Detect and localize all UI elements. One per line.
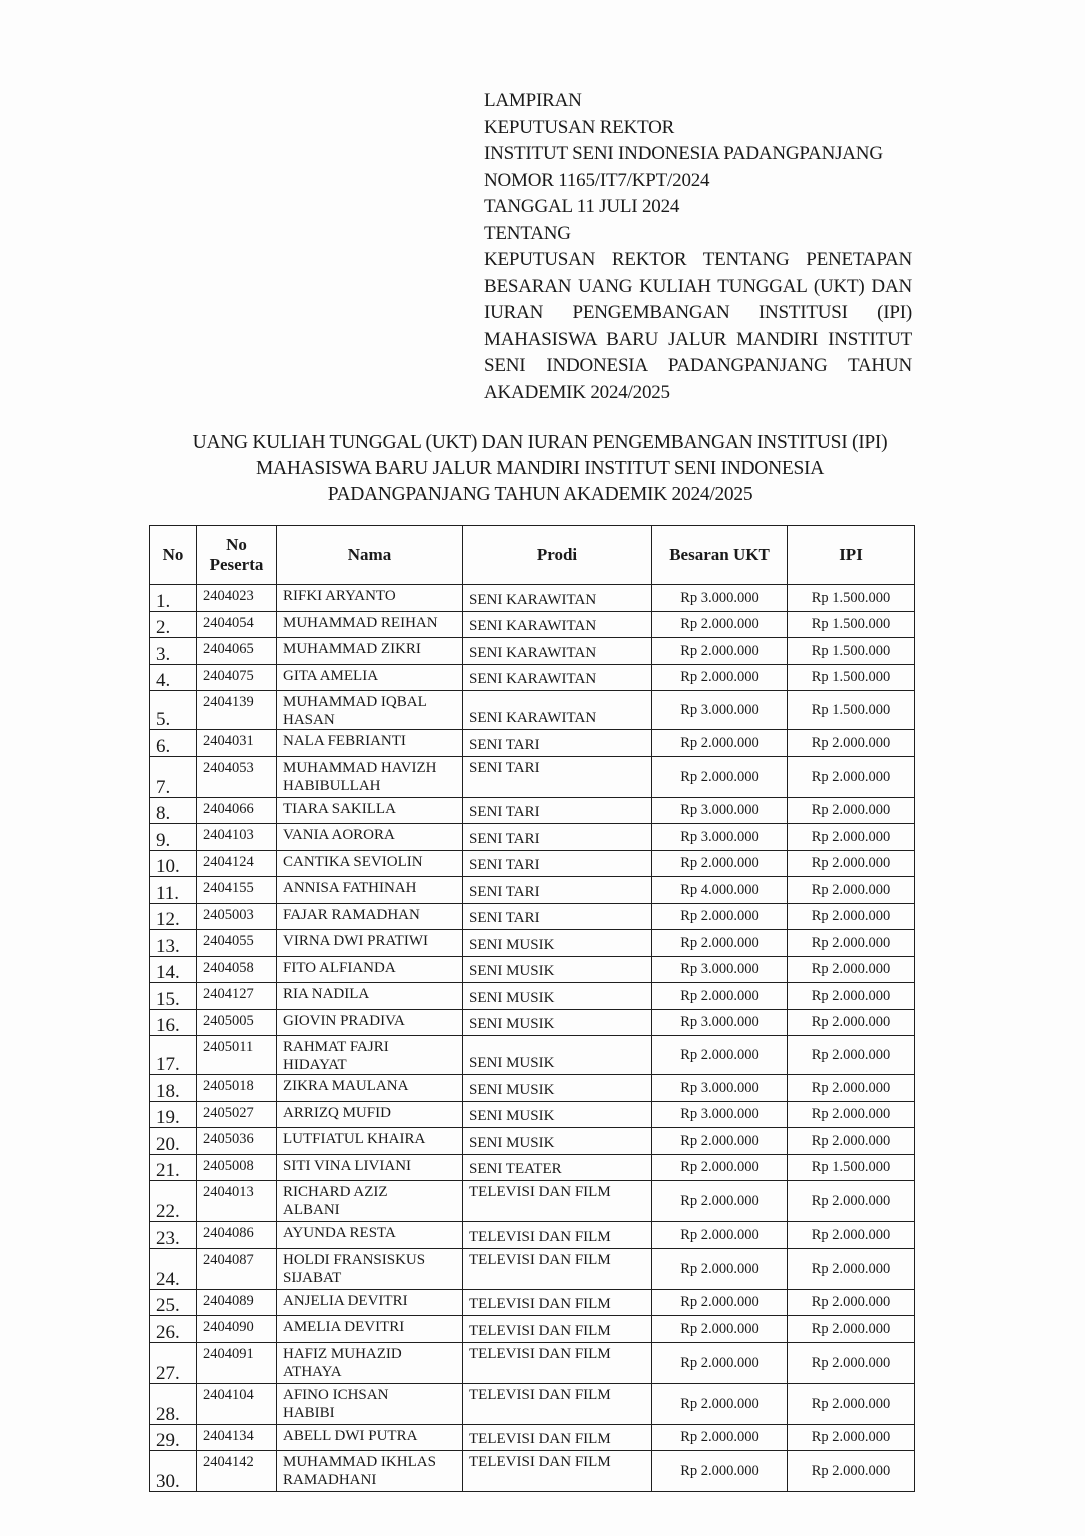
participant-number: 2405005 xyxy=(197,1009,277,1036)
student-name: MUHAMMAD REIHAN xyxy=(277,611,463,638)
table-row: 17.2405011RAHMAT FAJRIHIDAYATSENI MUSIKR… xyxy=(150,1036,915,1075)
ukt-amount: Rp 2.000.000 xyxy=(652,611,788,638)
participant-number: 2404124 xyxy=(197,850,277,877)
decree-label: KEPUTUSAN REKTOR xyxy=(484,115,912,142)
table-row: 23.2404086AYUNDA RESTATELEVISI DAN FILMR… xyxy=(150,1222,915,1249)
student-name-line: HASAN xyxy=(283,711,456,729)
table-row: 1.2404023RIFKI ARYANTOSENI KARAWITANRp 3… xyxy=(150,585,915,612)
student-name-line: LUTFIATUL KHAIRA xyxy=(283,1130,456,1148)
participant-number: 2404104 xyxy=(197,1383,277,1424)
student-name: VANIA AORORA xyxy=(277,824,463,851)
table-row: 13.2404055VIRNA DWI PRATIWISENI MUSIKRp … xyxy=(150,930,915,957)
row-number: 15. xyxy=(150,983,197,1010)
student-name-line: HABIBI xyxy=(283,1404,456,1422)
study-program: SENI TARI xyxy=(463,903,652,930)
row-number: 13. xyxy=(150,930,197,957)
student-name-line: GITA AMELIA xyxy=(283,667,456,685)
student-name-line: ALBANI xyxy=(283,1201,456,1219)
ukt-amount: Rp 2.000.000 xyxy=(652,1316,788,1343)
student-name: SITI VINA LIVIANI xyxy=(277,1154,463,1181)
ukt-amount: Rp 3.000.000 xyxy=(652,824,788,851)
student-name-line: RAHMAT FAJRI xyxy=(283,1038,456,1056)
row-number: 1. xyxy=(150,585,197,612)
lampiran-header: LAMPIRAN KEPUTUSAN REKTOR INSTITUT SENI … xyxy=(484,88,912,406)
participant-number: 2405011 xyxy=(197,1036,277,1075)
ukt-amount: Rp 2.000.000 xyxy=(652,1451,788,1492)
student-name-line: SITI VINA LIVIANI xyxy=(283,1157,456,1175)
ipi-amount: Rp 1.500.000 xyxy=(788,664,915,691)
ukt-amount: Rp 2.000.000 xyxy=(652,756,788,797)
participant-number: 2404055 xyxy=(197,930,277,957)
ukt-amount: Rp 2.000.000 xyxy=(652,638,788,665)
ukt-amount: Rp 2.000.000 xyxy=(652,1036,788,1075)
student-name: FAJAR RAMADHAN xyxy=(277,903,463,930)
row-number: 28. xyxy=(150,1383,197,1424)
study-program: SENI MUSIK xyxy=(463,1009,652,1036)
participant-number: 2404066 xyxy=(197,797,277,824)
student-name: ANNISA FATHINAH xyxy=(277,877,463,904)
table-row: 10.2404124CANTIKA SEVIOLINSENI TARIRp 2.… xyxy=(150,850,915,877)
student-name-line: ZIKRA MAULANA xyxy=(283,1077,456,1095)
study-program: SENI MUSIK xyxy=(463,1128,652,1155)
ipi-amount: Rp 2.000.000 xyxy=(788,730,915,757)
tentang-label: TENTANG xyxy=(484,221,912,248)
ukt-amount: Rp 2.000.000 xyxy=(652,930,788,957)
student-name-line: HIDAYAT xyxy=(283,1056,456,1074)
participant-number: 2405008 xyxy=(197,1154,277,1181)
row-number: 24. xyxy=(150,1248,197,1289)
table-row: 25.2404089ANJELIA DEVITRITELEVISI DAN FI… xyxy=(150,1289,915,1316)
table-row: 28.2404104AFINO ICHSANHABIBITELEVISI DAN… xyxy=(150,1383,915,1424)
participant-number: 2404090 xyxy=(197,1316,277,1343)
student-name: AYUNDA RESTA xyxy=(277,1222,463,1249)
student-name: MUHAMMAD IQBALHASAN xyxy=(277,691,463,730)
student-name: RIFKI ARYANTO xyxy=(277,585,463,612)
decree-subject-line: IURAN PENGEMBANGAN INSTITUSI (IPI) xyxy=(484,300,912,327)
table-row: 21.2405008SITI VINA LIVIANISENI TEATERRp… xyxy=(150,1154,915,1181)
ukt-amount: Rp 3.000.000 xyxy=(652,956,788,983)
participant-number: 2404155 xyxy=(197,877,277,904)
decree-subject-line: BESARAN UANG KULIAH TUNGGAL (UKT) DAN xyxy=(484,274,912,301)
ipi-amount: Rp 1.500.000 xyxy=(788,638,915,665)
row-number: 29. xyxy=(150,1424,197,1451)
decree-date: TANGGAL 11 JULI 2024 xyxy=(484,194,912,221)
row-number: 19. xyxy=(150,1101,197,1128)
row-number: 14. xyxy=(150,956,197,983)
table-header-row: No No Peserta Nama Prodi Besaran UKT IPI xyxy=(150,526,915,585)
student-name: MUHAMMAD HAVIZHHABIBULLAH xyxy=(277,756,463,797)
ukt-amount: Rp 3.000.000 xyxy=(652,1009,788,1036)
ipi-amount: Rp 2.000.000 xyxy=(788,1248,915,1289)
student-name-line: VIRNA DWI PRATIWI xyxy=(283,932,456,950)
ipi-amount: Rp 2.000.000 xyxy=(788,1009,915,1036)
student-name: RAHMAT FAJRIHIDAYAT xyxy=(277,1036,463,1075)
row-number: 18. xyxy=(150,1075,197,1102)
header-no-peserta-line: Peserta xyxy=(203,555,270,575)
table-row: 16.2405005GIOVIN PRADIVASENI MUSIKRp 3.0… xyxy=(150,1009,915,1036)
table-row: 6.2404031NALA FEBRIANTISENI TARIRp 2.000… xyxy=(150,730,915,757)
fees-table: No No Peserta Nama Prodi Besaran UKT IPI… xyxy=(149,525,915,1492)
student-name-line: MUHAMMAD IKHLAS xyxy=(283,1453,456,1471)
table-row: 12.2405003FAJAR RAMADHANSENI TARIRp 2.00… xyxy=(150,903,915,930)
student-name-line: ABELL DWI PUTRA xyxy=(283,1427,456,1445)
student-name-line: ATHAYA xyxy=(283,1363,456,1381)
row-number: 10. xyxy=(150,850,197,877)
ukt-amount: Rp 2.000.000 xyxy=(652,1181,788,1222)
participant-number: 2404091 xyxy=(197,1342,277,1383)
study-program: TELEVISI DAN FILM xyxy=(463,1342,652,1383)
row-number: 25. xyxy=(150,1289,197,1316)
ipi-amount: Rp 2.000.000 xyxy=(788,903,915,930)
student-name-line: MUHAMMAD IQBAL xyxy=(283,693,456,711)
decree-number: NOMOR 1165/IT7/KPT/2024 xyxy=(484,168,912,195)
ipi-amount: Rp 2.000.000 xyxy=(788,877,915,904)
student-name-line: RIA NADILA xyxy=(283,985,456,1003)
lampiran-label: LAMPIRAN xyxy=(484,88,912,115)
ukt-amount: Rp 3.000.000 xyxy=(652,585,788,612)
student-name: MUHAMMAD ZIKRI xyxy=(277,638,463,665)
student-name-line: HABIBULLAH xyxy=(283,777,456,795)
participant-number: 2404142 xyxy=(197,1451,277,1492)
row-number: 4. xyxy=(150,664,197,691)
ipi-amount: Rp 2.000.000 xyxy=(788,956,915,983)
row-number: 8. xyxy=(150,797,197,824)
row-number: 21. xyxy=(150,1154,197,1181)
ipi-amount: Rp 2.000.000 xyxy=(788,1128,915,1155)
study-program: SENI MUSIK xyxy=(463,983,652,1010)
student-name: RIA NADILA xyxy=(277,983,463,1010)
table-row: 2.2404054MUHAMMAD REIHANSENI KARAWITANRp… xyxy=(150,611,915,638)
study-program: TELEVISI DAN FILM xyxy=(463,1248,652,1289)
student-name: LUTFIATUL KHAIRA xyxy=(277,1128,463,1155)
study-program: TELEVISI DAN FILM xyxy=(463,1181,652,1222)
participant-number: 2404127 xyxy=(197,983,277,1010)
institution-name: INSTITUT SENI INDONESIA PADANGPANJANG xyxy=(484,141,912,168)
student-name-line: AYUNDA RESTA xyxy=(283,1224,456,1242)
student-name: AMELIA DEVITRI xyxy=(277,1316,463,1343)
ukt-amount: Rp 2.000.000 xyxy=(652,1383,788,1424)
header-no-peserta-line: No xyxy=(203,535,270,555)
study-program: SENI KARAWITAN xyxy=(463,664,652,691)
table-row: 5.2404139MUHAMMAD IQBALHASANSENI KARAWIT… xyxy=(150,691,915,730)
header-no-peserta: No Peserta xyxy=(197,526,277,585)
table-row: 22.2404013RICHARD AZIZALBANITELEVISI DAN… xyxy=(150,1181,915,1222)
student-name-line: AFINO ICHSAN xyxy=(283,1386,456,1404)
participant-number: 2404023 xyxy=(197,585,277,612)
study-program: SENI TARI xyxy=(463,824,652,851)
ipi-amount: Rp 2.000.000 xyxy=(788,983,915,1010)
title-line: PADANGPANJANG TAHUN AKADEMIK 2024/2025 xyxy=(150,482,930,508)
study-program: SENI MUSIK xyxy=(463,930,652,957)
participant-number: 2404139 xyxy=(197,691,277,730)
table-row: 19.2405027ARRIZQ MUFIDSENI MUSIKRp 3.000… xyxy=(150,1101,915,1128)
table-row: 30.2404142MUHAMMAD IKHLASRAMADHANITELEVI… xyxy=(150,1451,915,1492)
study-program: SENI MUSIK xyxy=(463,1036,652,1075)
participant-number: 2404087 xyxy=(197,1248,277,1289)
table-body: 1.2404023RIFKI ARYANTOSENI KARAWITANRp 3… xyxy=(150,585,915,1492)
student-name: ARRIZQ MUFID xyxy=(277,1101,463,1128)
ukt-amount: Rp 2.000.000 xyxy=(652,983,788,1010)
student-name: TIARA SAKILLA xyxy=(277,797,463,824)
table-row: 26.2404090AMELIA DEVITRITELEVISI DAN FIL… xyxy=(150,1316,915,1343)
student-name-line: VANIA AORORA xyxy=(283,826,456,844)
student-name-line: RAMADHANI xyxy=(283,1471,456,1489)
ukt-amount: Rp 2.000.000 xyxy=(652,664,788,691)
participant-number: 2404058 xyxy=(197,956,277,983)
table-row: 3.2404065MUHAMMAD ZIKRISENI KARAWITANRp … xyxy=(150,638,915,665)
table-row: 8.2404066TIARA SAKILLASENI TARIRp 3.000.… xyxy=(150,797,915,824)
ukt-amount: Rp 3.000.000 xyxy=(652,691,788,730)
row-number: 26. xyxy=(150,1316,197,1343)
ipi-amount: Rp 2.000.000 xyxy=(788,824,915,851)
study-program: SENI MUSIK xyxy=(463,1075,652,1102)
row-number: 30. xyxy=(150,1451,197,1492)
student-name-line: MUHAMMAD REIHAN xyxy=(283,614,456,632)
ipi-amount: Rp 2.000.000 xyxy=(788,1424,915,1451)
study-program: SENI TARI xyxy=(463,730,652,757)
ipi-amount: Rp 2.000.000 xyxy=(788,756,915,797)
participant-number: 2404031 xyxy=(197,730,277,757)
participant-number: 2404013 xyxy=(197,1181,277,1222)
ukt-amount: Rp 3.000.000 xyxy=(652,1101,788,1128)
participant-number: 2404134 xyxy=(197,1424,277,1451)
student-name: ANJELIA DEVITRI xyxy=(277,1289,463,1316)
study-program: TELEVISI DAN FILM xyxy=(463,1316,652,1343)
ukt-amount: Rp 2.000.000 xyxy=(652,1222,788,1249)
study-program: SENI TARI xyxy=(463,850,652,877)
title-line: UANG KULIAH TUNGGAL (UKT) DAN IURAN PENG… xyxy=(150,430,930,456)
row-number: 5. xyxy=(150,691,197,730)
ukt-amount: Rp 2.000.000 xyxy=(652,903,788,930)
row-number: 11. xyxy=(150,877,197,904)
row-number: 17. xyxy=(150,1036,197,1075)
student-name-line: ANJELIA DEVITRI xyxy=(283,1292,456,1310)
row-number: 16. xyxy=(150,1009,197,1036)
student-name: AFINO ICHSANHABIBI xyxy=(277,1383,463,1424)
study-program: TELEVISI DAN FILM xyxy=(463,1383,652,1424)
header-nama: Nama xyxy=(277,526,463,585)
ipi-amount: Rp 2.000.000 xyxy=(788,1101,915,1128)
student-name-line: ARRIZQ MUFID xyxy=(283,1104,456,1122)
row-number: 22. xyxy=(150,1181,197,1222)
decree-subject-line: KEPUTUSAN REKTOR TENTANG PENETAPAN xyxy=(484,247,912,274)
student-name-line: HOLDI FRANSISKUS xyxy=(283,1251,456,1269)
header-no: No xyxy=(150,526,197,585)
student-name-line: ANNISA FATHINAH xyxy=(283,879,456,897)
participant-number: 2404103 xyxy=(197,824,277,851)
student-name: VIRNA DWI PRATIWI xyxy=(277,930,463,957)
student-name-line: FAJAR RAMADHAN xyxy=(283,906,456,924)
ukt-amount: Rp 2.000.000 xyxy=(652,1424,788,1451)
student-name-line: RICHARD AZIZ xyxy=(283,1183,456,1201)
student-name: ABELL DWI PUTRA xyxy=(277,1424,463,1451)
study-program: SENI KARAWITAN xyxy=(463,638,652,665)
study-program: SENI KARAWITAN xyxy=(463,691,652,730)
student-name-line: FITO ALFIANDA xyxy=(283,959,456,977)
study-program: SENI TARI xyxy=(463,797,652,824)
table-row: 29.2404134ABELL DWI PUTRATELEVISI DAN FI… xyxy=(150,1424,915,1451)
study-program: SENI KARAWITAN xyxy=(463,585,652,612)
participant-number: 2405018 xyxy=(197,1075,277,1102)
ipi-amount: Rp 2.000.000 xyxy=(788,1383,915,1424)
student-name: NALA FEBRIANTI xyxy=(277,730,463,757)
ipi-amount: Rp 2.000.000 xyxy=(788,1342,915,1383)
ipi-amount: Rp 2.000.000 xyxy=(788,1289,915,1316)
ipi-amount: Rp 2.000.000 xyxy=(788,1075,915,1102)
ipi-amount: Rp 1.500.000 xyxy=(788,585,915,612)
participant-number: 2405036 xyxy=(197,1128,277,1155)
participant-number: 2404054 xyxy=(197,611,277,638)
ipi-amount: Rp 2.000.000 xyxy=(788,850,915,877)
header-ipi: IPI xyxy=(788,526,915,585)
student-name-line: NALA FEBRIANTI xyxy=(283,732,456,750)
ukt-amount: Rp 4.000.000 xyxy=(652,877,788,904)
row-number: 3. xyxy=(150,638,197,665)
decree-subject-line: SENI INDONESIA PADANGPANJANG TAHUN xyxy=(484,353,912,380)
ipi-amount: Rp 2.000.000 xyxy=(788,797,915,824)
table-row: 11.2404155ANNISA FATHINAHSENI TARIRp 4.0… xyxy=(150,877,915,904)
row-number: 6. xyxy=(150,730,197,757)
student-name: RICHARD AZIZALBANI xyxy=(277,1181,463,1222)
table-row: 27.2404091HAFIZ MUHAZIDATHAYATELEVISI DA… xyxy=(150,1342,915,1383)
student-name: GIOVIN PRADIVA xyxy=(277,1009,463,1036)
table-row: 4.2404075GITA AMELIASENI KARAWITANRp 2.0… xyxy=(150,664,915,691)
table-row: 15.2404127RIA NADILASENI MUSIKRp 2.000.0… xyxy=(150,983,915,1010)
ukt-amount: Rp 2.000.000 xyxy=(652,850,788,877)
student-name-line: AMELIA DEVITRI xyxy=(283,1318,456,1336)
row-number: 12. xyxy=(150,903,197,930)
table-row: 24.2404087HOLDI FRANSISKUSSIJABATTELEVIS… xyxy=(150,1248,915,1289)
row-number: 23. xyxy=(150,1222,197,1249)
student-name: FITO ALFIANDA xyxy=(277,956,463,983)
row-number: 7. xyxy=(150,756,197,797)
row-number: 20. xyxy=(150,1128,197,1155)
student-name-line: MUHAMMAD ZIKRI xyxy=(283,640,456,658)
ukt-amount: Rp 2.000.000 xyxy=(652,1128,788,1155)
student-name-line: RIFKI ARYANTO xyxy=(283,587,456,605)
participant-number: 2405027 xyxy=(197,1101,277,1128)
ukt-amount: Rp 2.000.000 xyxy=(652,1289,788,1316)
student-name-line: HAFIZ MUHAZID xyxy=(283,1345,456,1363)
table-row: 18.2405018ZIKRA MAULANASENI MUSIKRp 3.00… xyxy=(150,1075,915,1102)
student-name: GITA AMELIA xyxy=(277,664,463,691)
student-name-line: MUHAMMAD HAVIZH xyxy=(283,759,456,777)
ukt-amount: Rp 2.000.000 xyxy=(652,1248,788,1289)
decree-subject-line: AKADEMIK 2024/2025 xyxy=(484,380,912,407)
student-name: ZIKRA MAULANA xyxy=(277,1075,463,1102)
table-row: 7.2404053MUHAMMAD HAVIZHHABIBULLAHSENI T… xyxy=(150,756,915,797)
ipi-amount: Rp 2.000.000 xyxy=(788,930,915,957)
ipi-amount: Rp 1.500.000 xyxy=(788,611,915,638)
participant-number: 2404065 xyxy=(197,638,277,665)
participant-number: 2404075 xyxy=(197,664,277,691)
study-program: TELEVISI DAN FILM xyxy=(463,1222,652,1249)
table-row: 14.2404058FITO ALFIANDASENI MUSIKRp 3.00… xyxy=(150,956,915,983)
ukt-amount: Rp 2.000.000 xyxy=(652,730,788,757)
ipi-amount: Rp 2.000.000 xyxy=(788,1451,915,1492)
participant-number: 2404089 xyxy=(197,1289,277,1316)
study-program: SENI MUSIK xyxy=(463,956,652,983)
ukt-amount: Rp 3.000.000 xyxy=(652,1075,788,1102)
participant-number: 2404053 xyxy=(197,756,277,797)
study-program: SENI TEATER xyxy=(463,1154,652,1181)
student-name: MUHAMMAD IKHLASRAMADHANI xyxy=(277,1451,463,1492)
table-row: 9.2404103VANIA AORORASENI TARIRp 3.000.0… xyxy=(150,824,915,851)
study-program: SENI MUSIK xyxy=(463,1101,652,1128)
study-program: TELEVISI DAN FILM xyxy=(463,1451,652,1492)
row-number: 2. xyxy=(150,611,197,638)
ukt-amount: Rp 2.000.000 xyxy=(652,1154,788,1181)
student-name-line: GIOVIN PRADIVA xyxy=(283,1012,456,1030)
table-row: 20.2405036LUTFIATUL KHAIRASENI MUSIKRp 2… xyxy=(150,1128,915,1155)
ipi-amount: Rp 2.000.000 xyxy=(788,1222,915,1249)
ukt-amount: Rp 3.000.000 xyxy=(652,797,788,824)
ipi-amount: Rp 2.000.000 xyxy=(788,1181,915,1222)
study-program: SENI TARI xyxy=(463,756,652,797)
ipi-amount: Rp 2.000.000 xyxy=(788,1036,915,1075)
row-number: 27. xyxy=(150,1342,197,1383)
header-prodi: Prodi xyxy=(463,526,652,585)
ipi-amount: Rp 1.500.000 xyxy=(788,1154,915,1181)
student-name: CANTIKA SEVIOLIN xyxy=(277,850,463,877)
study-program: SENI TARI xyxy=(463,877,652,904)
student-name-line: TIARA SAKILLA xyxy=(283,800,456,818)
ukt-amount: Rp 2.000.000 xyxy=(652,1342,788,1383)
row-number: 9. xyxy=(150,824,197,851)
student-name-line: CANTIKA SEVIOLIN xyxy=(283,853,456,871)
title-line: MAHASISWA BARU JALUR MANDIRI INSTITUT SE… xyxy=(150,456,930,482)
decree-subject-line: MAHASISWA BARU JALUR MANDIRI INSTITUT xyxy=(484,327,912,354)
ipi-amount: Rp 2.000.000 xyxy=(788,1316,915,1343)
participant-number: 2405003 xyxy=(197,903,277,930)
student-name: HAFIZ MUHAZIDATHAYA xyxy=(277,1342,463,1383)
study-program: TELEVISI DAN FILM xyxy=(463,1289,652,1316)
ipi-amount: Rp 1.500.000 xyxy=(788,691,915,730)
study-program: SENI KARAWITAN xyxy=(463,611,652,638)
study-program: TELEVISI DAN FILM xyxy=(463,1424,652,1451)
student-name-line: SIJABAT xyxy=(283,1269,456,1287)
student-name: HOLDI FRANSISKUSSIJABAT xyxy=(277,1248,463,1289)
header-ukt: Besaran UKT xyxy=(652,526,788,585)
document-title: UANG KULIAH TUNGGAL (UKT) DAN IURAN PENG… xyxy=(150,430,930,508)
participant-number: 2404086 xyxy=(197,1222,277,1249)
